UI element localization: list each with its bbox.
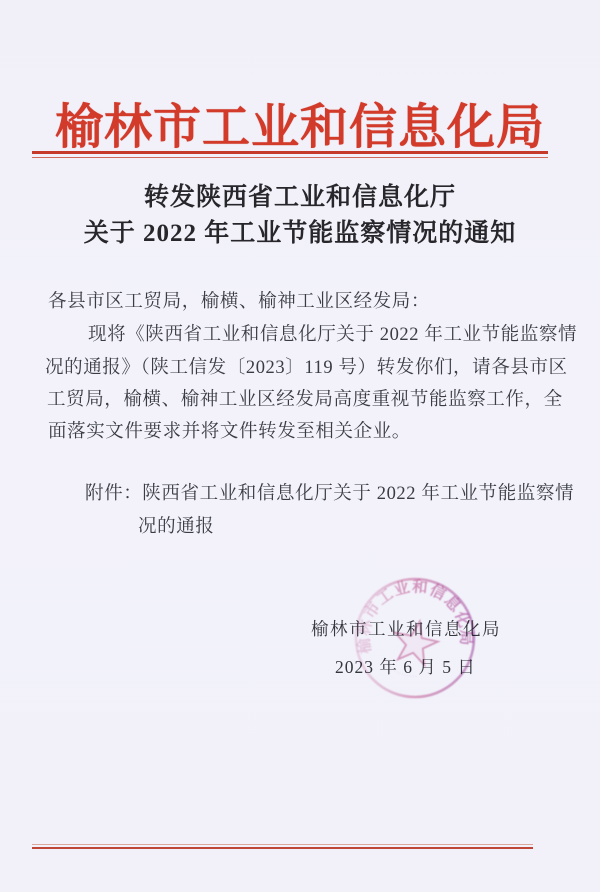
body-line: 面落实文件要求并将文件转发至相关企业。 (48, 422, 411, 442)
document-title: 转发陕西省工业和信息化厅 关于 2022 年工业节能监察情况的通知 (0, 180, 600, 252)
footer-line-top (32, 844, 533, 845)
divider-line-top (32, 151, 548, 154)
document-title-line-2: 关于 2022 年工业节能监察情况的通知 (0, 216, 600, 252)
official-seal: 榆林市工业和信息化局 ············· (340, 563, 490, 713)
attachment-line-2: 况的通报 (138, 517, 214, 537)
divider-line-bottom (32, 157, 548, 159)
seal-bottom-marks: ············· (383, 662, 418, 680)
star-icon (390, 617, 441, 667)
body-line: 工贸局，榆横、榆神工业区经发局高度重视节能监察工作，全 (47, 390, 563, 410)
salutation-line: 各县市区工贸局，榆横、榆神工业区经发局： (48, 292, 430, 312)
letterhead-agency-name: 榆林市工业和信息化局 (0, 88, 600, 157)
document-title-line-1: 转发陕西省工业和信息化厅 (0, 180, 600, 216)
attachment-line-1: 附件：陕西省工业和信息化厅关于 2022 年工业节能监察情 (85, 484, 574, 504)
document-page: 榆林市工业和信息化局 转发陕西省工业和信息化厅 关于 2022 年工业节能监察情… (0, 0, 600, 892)
footer-line-bottom (32, 847, 533, 850)
footer-divider (32, 844, 533, 850)
body-line: 现将《陕西省工业和信息化厅关于 2022 年工业节能监察情 (88, 325, 577, 345)
body-line: 况的通报》（陕工信发〔2023〕119 号）转发你们，请各县市区 (45, 358, 568, 378)
letterhead-divider (32, 151, 548, 159)
